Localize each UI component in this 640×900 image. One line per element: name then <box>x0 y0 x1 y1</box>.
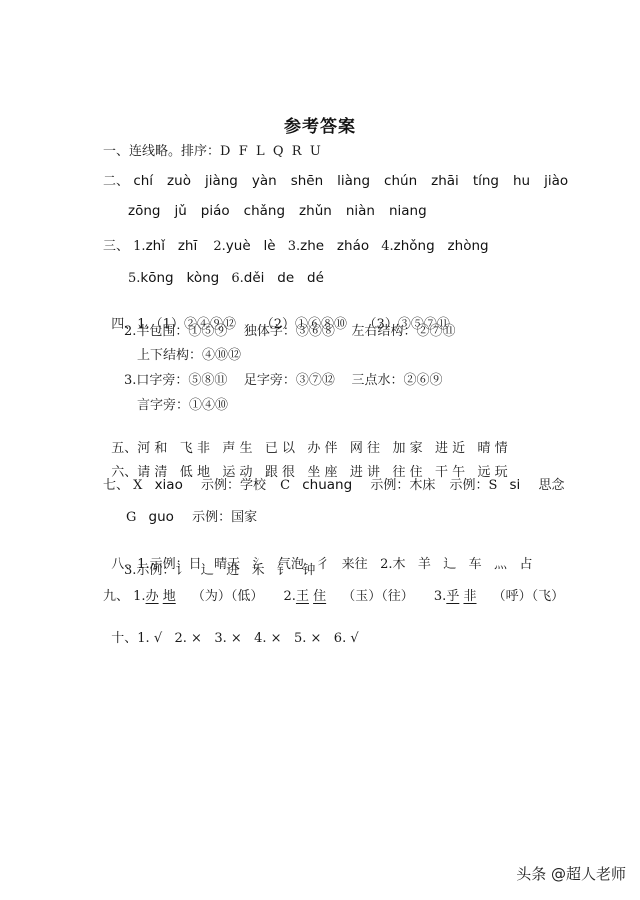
item-number: 1. <box>133 239 145 254</box>
initial-letter: 示例：S <box>449 478 497 493</box>
question-3-row-2: 5.kōng kòng 6.děi de dé <box>128 269 324 288</box>
item-number: 3. <box>288 239 300 254</box>
pinyin: zuò <box>167 173 191 189</box>
underlined-char: 住 <box>313 589 326 604</box>
pinyin: kōng kòng <box>140 270 219 286</box>
question-2-label: 二、 <box>103 174 129 189</box>
pinyin: chǎng <box>244 203 285 219</box>
item-number: 1. <box>133 589 145 604</box>
pinyin: zhǔn <box>299 203 332 219</box>
item-number: 2. <box>213 239 225 254</box>
example: 示例：国家 <box>192 510 257 525</box>
item-number: 2. <box>284 589 296 604</box>
question-8-line-2: 3.示例：讠 辶 进 禾 钅 钟 <box>124 562 315 580</box>
question-7: 七、 X xiao 示例：学校 C chuang 示例：木床 示例：S si 思… <box>103 476 564 495</box>
question-10-label: 十、 <box>111 631 137 646</box>
answer-text: （呼）（飞） <box>493 589 565 604</box>
pinyin: zhāi <box>431 173 459 189</box>
question-4-line-4: 3.口字旁：⑤⑧⑪ 足字旁：③⑦⑫ 三点水：②⑥⑨ <box>124 372 442 390</box>
pinyin: si <box>510 477 521 493</box>
item-number: 5. <box>128 271 140 286</box>
pinyin: zhe zháo <box>300 238 369 254</box>
pinyin: niàn <box>346 203 375 219</box>
question-4-line-3: 上下结构：④⑩⑫ <box>137 347 241 365</box>
underlined-char: 王 <box>296 589 309 604</box>
pinyin: shēn <box>291 173 323 189</box>
underlined-char: 地 <box>163 589 176 604</box>
pinyin: jiàng <box>205 173 238 189</box>
pinyin: jǔ <box>174 203 186 219</box>
question-1-label: 一、 <box>103 144 129 159</box>
question-4-line-5: 言字旁：①④⑩ <box>137 397 228 415</box>
example: 思念 <box>538 478 564 493</box>
underlined-char: 非 <box>463 589 476 604</box>
pinyin: chí <box>133 173 153 189</box>
answer-text: （玉）（往） <box>342 589 414 604</box>
pinyin: tíng <box>473 173 499 189</box>
question-3-label: 三、 <box>103 239 129 254</box>
item-number: 4. <box>381 239 393 254</box>
pinyin-row-1: chízuòjiàngyànshēnliàngchúnzhāitínghujià… <box>129 173 582 189</box>
question-4-line-2: 2.半包围：①⑤⑨ 独体字：③⑥⑧ 左右结构：②⑦⑪ <box>124 323 455 341</box>
question-10: 十、1. √ 2. × 3. × 4. × 5. × 6. √ <box>103 612 359 648</box>
pinyin: zhǐ zhī <box>146 238 198 254</box>
underlined-char: 乎 <box>446 589 459 604</box>
pinyin: jiào <box>544 173 568 189</box>
pinyin: yuè lè <box>226 238 276 254</box>
pinyin-row-2: zōngjǔpiáochǎngzhǔnniànniang <box>128 202 441 220</box>
question-9-label: 九、 <box>103 589 129 604</box>
example: 示例：木床 <box>370 478 435 493</box>
page-title: 参考答案 <box>0 112 640 137</box>
question-3: 三、 1.zhǐ zhī 2.yuè lè 3.zhe zháo 4.zhǒng… <box>103 237 489 256</box>
question-1-answer: 连线略。排序：D F L Q R U <box>129 144 321 159</box>
pinyin: guo <box>149 509 174 525</box>
question-7-label: 七、 <box>103 478 129 493</box>
pinyin: yàn <box>252 173 277 189</box>
initial-letter: X <box>133 478 142 493</box>
item-number: 3. <box>434 589 446 604</box>
answer-text: （为）（低） <box>192 589 264 604</box>
pinyin: chún <box>384 173 417 189</box>
initial-letter: G <box>126 510 136 525</box>
pinyin: zhǒng zhòng <box>394 238 489 254</box>
question-9: 九、 1.办 地 （为）（低） 2.王 住 （玉）（往） 3.乎 非 （呼）（飞… <box>103 588 564 606</box>
question-7-row-2: G guo 示例：国家 <box>126 508 257 527</box>
question-1: 一、连线略。排序：D F L Q R U <box>103 143 321 161</box>
initial-letter: C <box>280 478 290 493</box>
pinyin: piáo <box>201 203 230 219</box>
example: 示例：学校 <box>201 478 266 493</box>
pinyin: liàng <box>337 173 370 189</box>
pinyin: chuang <box>302 477 352 493</box>
pinyin: děi de dé <box>244 270 324 286</box>
pinyin: zōng <box>128 203 160 219</box>
pinyin: xiao <box>155 477 183 493</box>
pinyin: niang <box>389 203 427 219</box>
item-number: 6. <box>231 271 243 286</box>
pinyin: hu <box>513 173 530 189</box>
answer-text: 1. √ 2. × 3. × 4. × 5. × 6. √ <box>137 631 358 646</box>
watermark: 头条 @超人老师 <box>516 863 626 884</box>
question-2: 二、 chízuòjiàngyànshēnliàngchúnzhāitínghu… <box>103 172 582 191</box>
underlined-char: 办 <box>146 589 159 604</box>
